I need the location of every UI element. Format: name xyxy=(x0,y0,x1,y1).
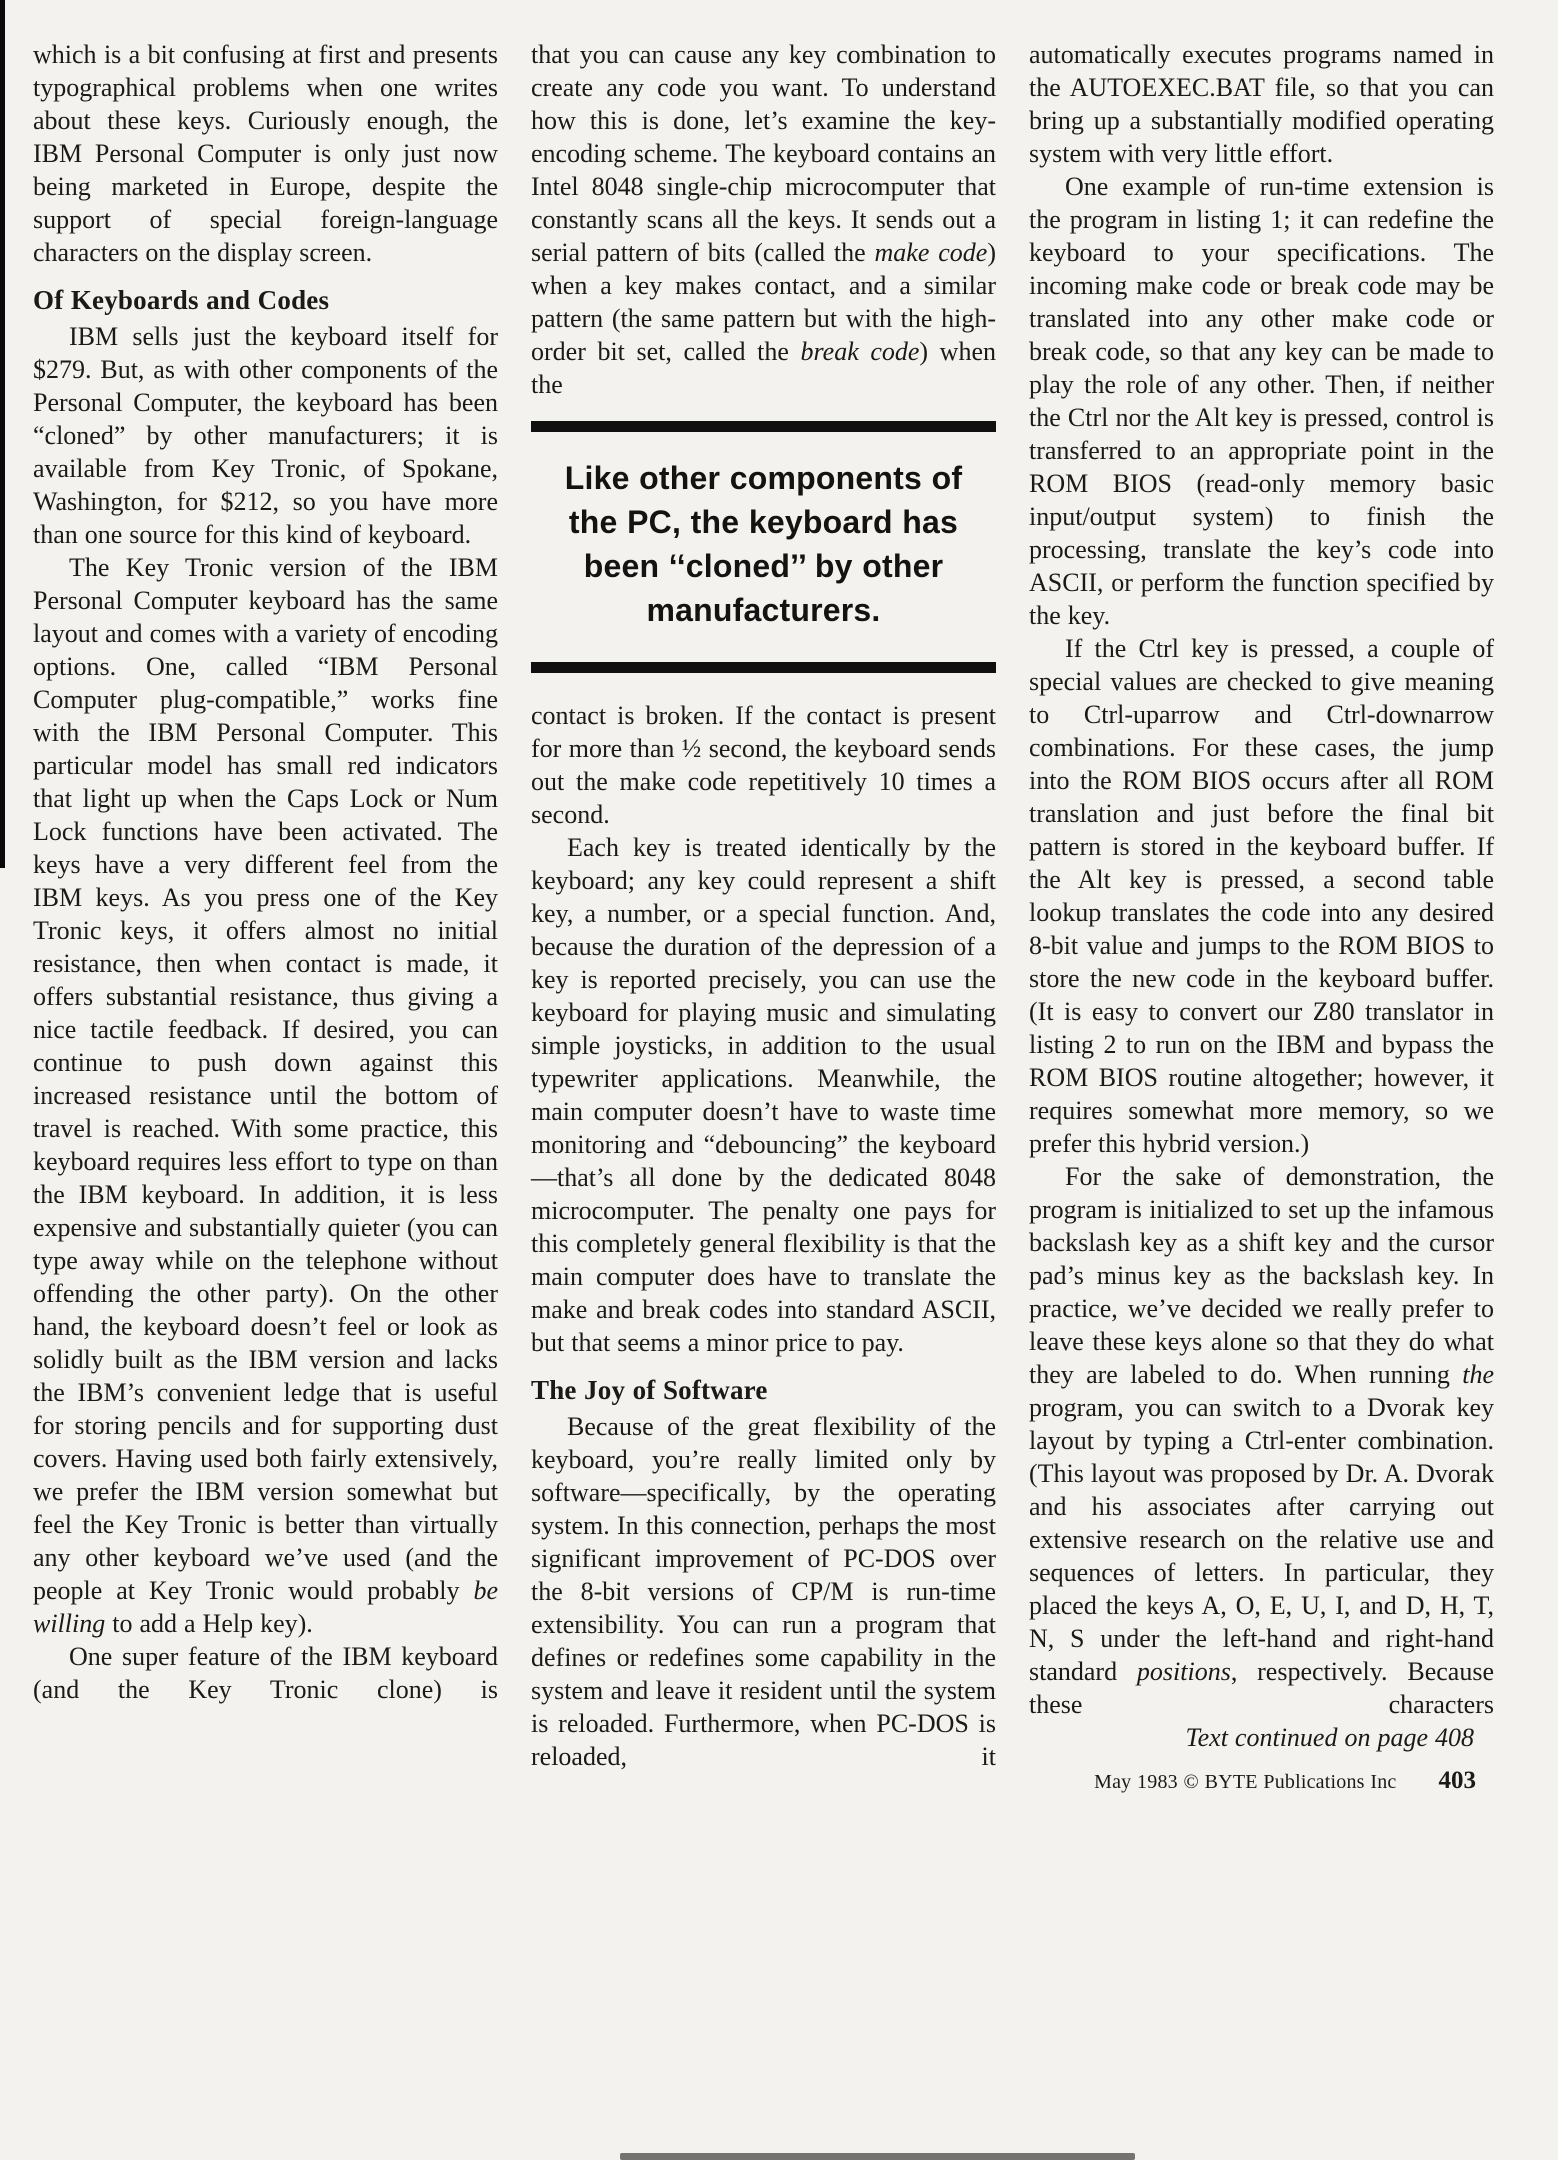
column-2: that you can cause any key combination t… xyxy=(531,38,996,1773)
footer: May 1983 © BYTE Publications Inc403 xyxy=(1029,1764,1494,1799)
paragraph-text: program, you can switch to a Dvorak key … xyxy=(1029,1393,1494,1686)
paragraph: automatically executes programs named in… xyxy=(1029,38,1494,170)
paragraph-text: to add a Help key). xyxy=(105,1609,313,1638)
paragraph: For the sake of demonstration, the progr… xyxy=(1029,1160,1494,1721)
paragraph-text: For the sake of demonstration, the progr… xyxy=(1029,1162,1494,1389)
paragraph: One super feature of the IBM keyboard (a… xyxy=(33,1640,498,1706)
scan-edge-artifact-bottom xyxy=(620,2153,1135,2160)
article-columns: which is a bit confusing at first and pr… xyxy=(33,38,1527,1799)
paragraph: The Key Tronic version of the IBM Person… xyxy=(33,551,498,1640)
scan-edge-artifact-left xyxy=(0,0,5,868)
paragraph: Each key is treated identically by the k… xyxy=(531,831,996,1359)
paragraph-text-italic: make code xyxy=(875,238,988,267)
section-heading-of-keyboards-and-codes: Of Keyboards and Codes xyxy=(33,284,498,317)
paragraph-text-italic: positions xyxy=(1137,1657,1231,1686)
paragraph-text: that you can cause any key combination t… xyxy=(531,40,996,267)
pull-quote-text: Like other components of the PC, the key… xyxy=(543,456,984,632)
paragraph: contact is broken. If the contact is pre… xyxy=(531,699,996,831)
paragraph: Because of the great flexibility of the … xyxy=(531,1410,996,1773)
paragraph: If the Ctrl key is pressed, a couple of … xyxy=(1029,632,1494,1160)
page-number: 403 xyxy=(1439,1767,1477,1794)
paragraph-text-italic: break code xyxy=(801,337,920,366)
text-continued-note: Text continued on page 408 xyxy=(1029,1721,1494,1754)
paragraph: IBM sells just the keyboard itself for $… xyxy=(33,320,498,551)
magazine-page: which is a bit confusing at first and pr… xyxy=(33,38,1527,1799)
publication-credit: May 1983 © BYTE Publications Inc xyxy=(1094,1771,1396,1793)
paragraph: that you can cause any key combination t… xyxy=(531,38,996,401)
section-heading-the-joy-of-software: The Joy of Software xyxy=(531,1374,996,1407)
paragraph: One example of run-time extension is the… xyxy=(1029,170,1494,632)
column-1: which is a bit confusing at first and pr… xyxy=(33,38,498,1706)
paragraph-text: The Key Tronic version of the IBM Person… xyxy=(33,553,498,1605)
pull-quote: Like other components of the PC, the key… xyxy=(531,421,996,673)
column-3: automatically executes programs named in… xyxy=(1029,38,1494,1799)
paragraph-text-italic: the xyxy=(1462,1360,1494,1389)
paragraph: which is a bit confusing at first and pr… xyxy=(33,38,498,269)
